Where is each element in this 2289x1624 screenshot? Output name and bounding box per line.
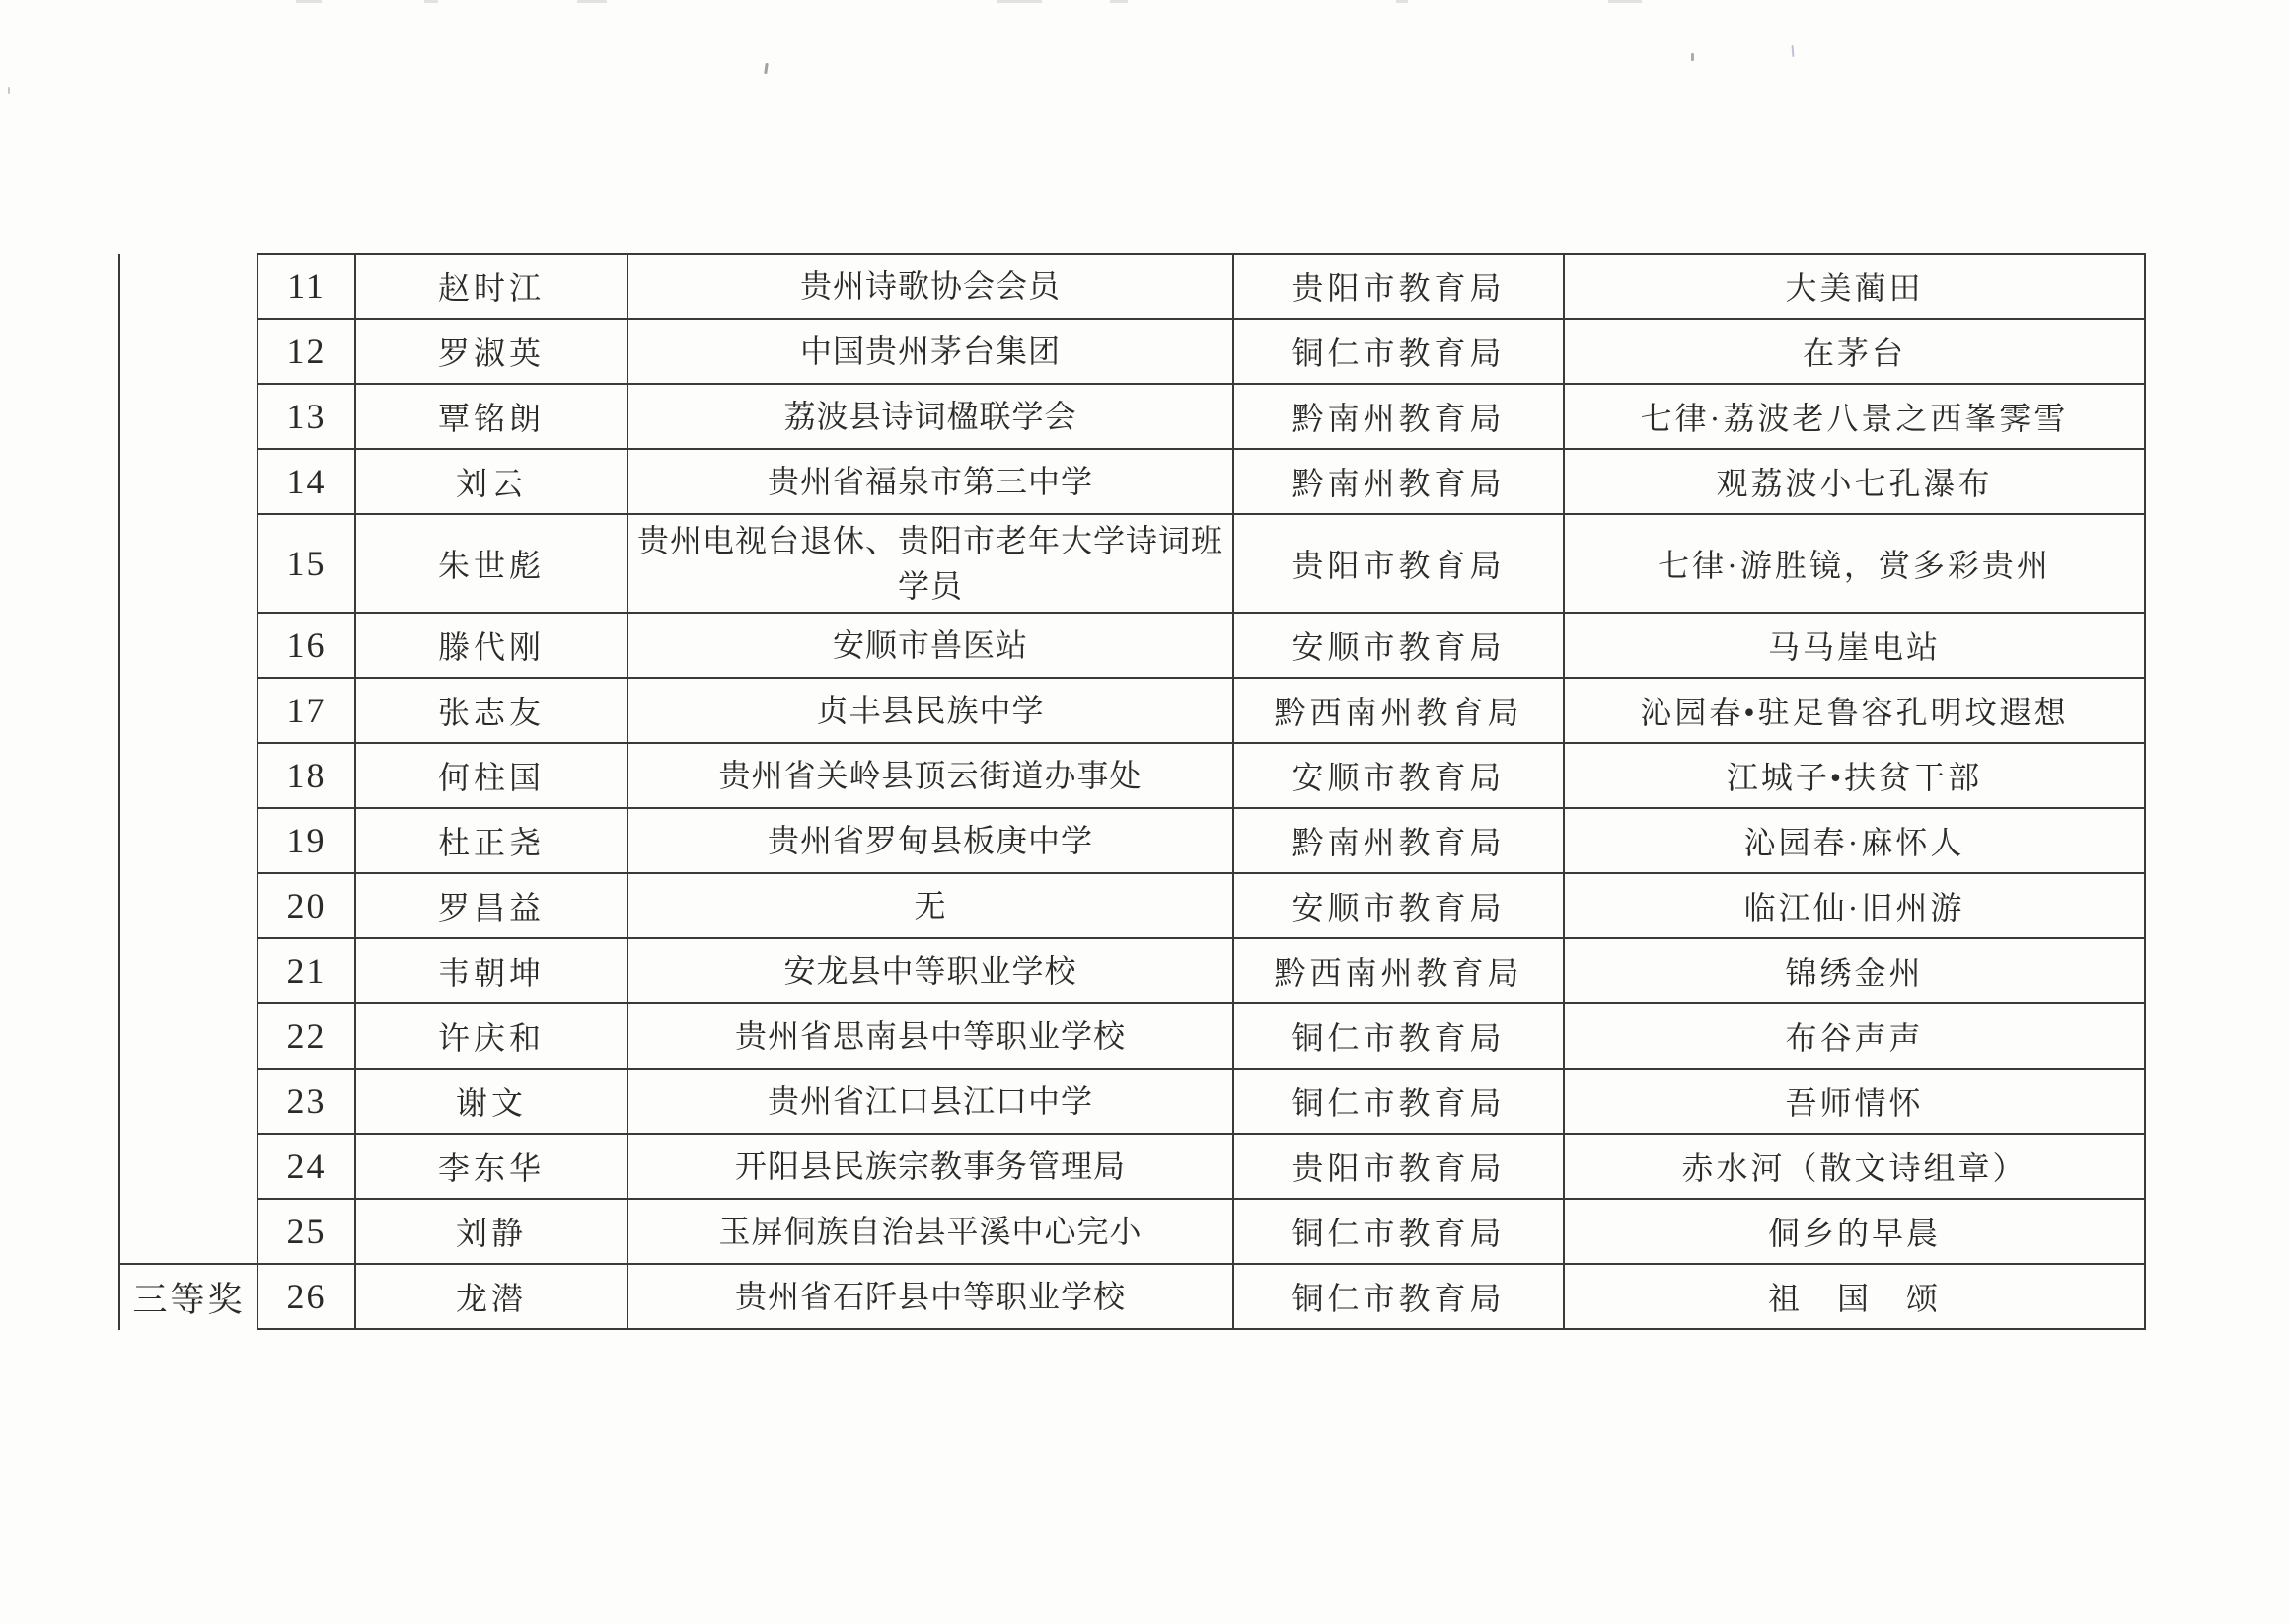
table-row: 14刘云贵州省福泉市第三中学黔南州教育局观荔波小七孔瀑布 bbox=[258, 449, 2145, 514]
award-cell-continued bbox=[120, 254, 258, 1265]
cell-name: 罗淑英 bbox=[355, 319, 628, 384]
cell-title: 大美蔺田 bbox=[1564, 254, 2145, 319]
cell-organization: 贞丰县民族中学 bbox=[628, 678, 1233, 743]
award-column: 三等奖 bbox=[118, 254, 258, 1330]
cell-name: 许庆和 bbox=[355, 1003, 628, 1069]
scan-artifact bbox=[1396, 0, 1408, 3]
cell-title: 七律·游胜镜，赏多彩贵州 bbox=[1564, 514, 2145, 613]
cell-name: 韦朝坤 bbox=[355, 938, 628, 1003]
scan-artifact bbox=[1608, 0, 1642, 3]
table-row: 25刘静玉屏侗族自治县平溪中心完小铜仁市教育局侗乡的早晨 bbox=[258, 1199, 2145, 1264]
cell-name: 刘云 bbox=[355, 449, 628, 514]
cell-organization: 贵州电视台退休、贵阳市老年大学诗词班学员 bbox=[628, 514, 1233, 613]
cell-title: 赤水河（散文诗组章） bbox=[1564, 1134, 2145, 1199]
cell-organization: 贵州省思南县中等职业学校 bbox=[628, 1003, 1233, 1069]
cell-name: 刘静 bbox=[355, 1199, 628, 1264]
table-row: 11赵时江贵州诗歌协会会员贵阳市教育局大美蔺田 bbox=[258, 254, 2145, 319]
cell-name: 覃铭朗 bbox=[355, 384, 628, 449]
cell-title: 侗乡的早晨 bbox=[1564, 1199, 2145, 1264]
cell-title: 临江仙·旧州游 bbox=[1564, 873, 2145, 938]
cell-name: 杜正尧 bbox=[355, 808, 628, 873]
cell-organization: 荔波县诗词楹联学会 bbox=[628, 384, 1233, 449]
cell-bureau: 黔西南州教育局 bbox=[1233, 938, 1564, 1003]
table-row: 15朱世彪贵州电视台退休、贵阳市老年大学诗词班学员贵阳市教育局七律·游胜镜，赏多… bbox=[258, 514, 2145, 613]
scan-artifact bbox=[424, 0, 438, 3]
cell-no: 12 bbox=[258, 319, 355, 384]
cell-bureau: 铜仁市教育局 bbox=[1233, 1264, 1564, 1329]
cell-name: 罗昌益 bbox=[355, 873, 628, 938]
table-row: 20罗昌益无安顺市教育局临江仙·旧州游 bbox=[258, 873, 2145, 938]
cell-bureau: 铜仁市教育局 bbox=[1233, 319, 1564, 384]
cell-title: 布谷声声 bbox=[1564, 1003, 2145, 1069]
scan-artifact bbox=[577, 0, 607, 3]
table-row: 22许庆和贵州省思南县中等职业学校铜仁市教育局布谷声声 bbox=[258, 1003, 2145, 1069]
cell-organization: 安顺市兽医站 bbox=[628, 613, 1233, 678]
cell-no: 17 bbox=[258, 678, 355, 743]
cell-title: 马马崖电站 bbox=[1564, 613, 2145, 678]
cell-name: 谢文 bbox=[355, 1069, 628, 1134]
cell-no: 18 bbox=[258, 743, 355, 808]
cell-title: 吾师情怀 bbox=[1564, 1069, 2145, 1134]
cell-bureau: 贵阳市教育局 bbox=[1233, 514, 1564, 613]
cell-bureau: 黔西南州教育局 bbox=[1233, 678, 1564, 743]
cell-title: 江城子•扶贫干部 bbox=[1564, 743, 2145, 808]
cell-bureau: 黔南州教育局 bbox=[1233, 808, 1564, 873]
cell-name: 赵时江 bbox=[355, 254, 628, 319]
cell-bureau: 铜仁市教育局 bbox=[1233, 1069, 1564, 1134]
scan-artifact bbox=[1691, 53, 1694, 61]
cell-no: 26 bbox=[258, 1264, 355, 1329]
cell-no: 13 bbox=[258, 384, 355, 449]
cell-organization: 贵州省福泉市第三中学 bbox=[628, 449, 1233, 514]
cell-name: 朱世彪 bbox=[355, 514, 628, 613]
cell-no: 23 bbox=[258, 1069, 355, 1134]
cell-title: 七律·荔波老八景之西峯霁雪 bbox=[1564, 384, 2145, 449]
cell-no: 24 bbox=[258, 1134, 355, 1199]
scan-artifact bbox=[764, 63, 769, 74]
table-row: 24李东华开阳县民族宗教事务管理局贵阳市教育局赤水河（散文诗组章） bbox=[258, 1134, 2145, 1199]
cell-title: 祖 国 颂 bbox=[1564, 1264, 2145, 1329]
cell-organization: 安龙县中等职业学校 bbox=[628, 938, 1233, 1003]
scan-artifact bbox=[1110, 0, 1128, 3]
cell-bureau: 黔南州教育局 bbox=[1233, 449, 1564, 514]
cell-title: 观荔波小七孔瀑布 bbox=[1564, 449, 2145, 514]
table-row: 13覃铭朗荔波县诗词楹联学会黔南州教育局七律·荔波老八景之西峯霁雪 bbox=[258, 384, 2145, 449]
winners-table-body: 11赵时江贵州诗歌协会会员贵阳市教育局大美蔺田12罗淑英中国贵州茅台集团铜仁市教… bbox=[258, 254, 2145, 1329]
cell-no: 16 bbox=[258, 613, 355, 678]
cell-no: 14 bbox=[258, 449, 355, 514]
table-row: 17张志友贞丰县民族中学黔西南州教育局沁园春•驻足鲁容孔明坟遐想 bbox=[258, 678, 2145, 743]
cell-name: 滕代刚 bbox=[355, 613, 628, 678]
cell-bureau: 贵阳市教育局 bbox=[1233, 254, 1564, 319]
cell-no: 20 bbox=[258, 873, 355, 938]
cell-bureau: 铜仁市教育局 bbox=[1233, 1003, 1564, 1069]
cell-organization: 开阳县民族宗教事务管理局 bbox=[628, 1134, 1233, 1199]
cell-no: 11 bbox=[258, 254, 355, 319]
cell-no: 15 bbox=[258, 514, 355, 613]
cell-organization: 玉屏侗族自治县平溪中心完小 bbox=[628, 1199, 1233, 1264]
cell-organization: 贵州省江口县江口中学 bbox=[628, 1069, 1233, 1134]
cell-name: 何柱国 bbox=[355, 743, 628, 808]
cell-organization: 贵州省关岭县顶云街道办事处 bbox=[628, 743, 1233, 808]
award-cell-third-prize: 三等奖 bbox=[120, 1265, 258, 1330]
table-row: 21韦朝坤安龙县中等职业学校黔西南州教育局锦绣金州 bbox=[258, 938, 2145, 1003]
scan-artifact bbox=[997, 0, 1042, 3]
cell-organization: 贵州省罗甸县板庚中学 bbox=[628, 808, 1233, 873]
table-row: 16滕代刚安顺市兽医站安顺市教育局马马崖电站 bbox=[258, 613, 2145, 678]
cell-name: 龙潜 bbox=[355, 1264, 628, 1329]
cell-bureau: 安顺市教育局 bbox=[1233, 873, 1564, 938]
cell-name: 李东华 bbox=[355, 1134, 628, 1199]
cell-no: 22 bbox=[258, 1003, 355, 1069]
award-label: 三等奖 bbox=[132, 1273, 245, 1322]
winners-table: 11赵时江贵州诗歌协会会员贵阳市教育局大美蔺田12罗淑英中国贵州茅台集团铜仁市教… bbox=[257, 253, 2146, 1330]
table-row: 26龙潜贵州省石阡县中等职业学校铜仁市教育局祖 国 颂 bbox=[258, 1264, 2145, 1329]
cell-organization: 贵州省石阡县中等职业学校 bbox=[628, 1264, 1233, 1329]
cell-bureau: 黔南州教育局 bbox=[1233, 384, 1564, 449]
cell-no: 25 bbox=[258, 1199, 355, 1264]
scanned-document-page: 三等奖 11赵时江贵州诗歌协会会员贵阳市教育局大美蔺田12罗淑英中国贵州茅台集团… bbox=[0, 0, 2289, 1624]
table-row: 12罗淑英中国贵州茅台集团铜仁市教育局在茅台 bbox=[258, 319, 2145, 384]
cell-organization: 贵州诗歌协会会员 bbox=[628, 254, 1233, 319]
cell-title: 锦绣金州 bbox=[1564, 938, 2145, 1003]
scan-artifact bbox=[8, 87, 10, 94]
table-row: 23谢文贵州省江口县江口中学铜仁市教育局吾师情怀 bbox=[258, 1069, 2145, 1134]
cell-title: 沁园春·麻怀人 bbox=[1564, 808, 2145, 873]
cell-bureau: 安顺市教育局 bbox=[1233, 613, 1564, 678]
cell-no: 21 bbox=[258, 938, 355, 1003]
table-row: 19杜正尧贵州省罗甸县板庚中学黔南州教育局沁园春·麻怀人 bbox=[258, 808, 2145, 873]
cell-bureau: 铜仁市教育局 bbox=[1233, 1199, 1564, 1264]
cell-title: 沁园春•驻足鲁容孔明坟遐想 bbox=[1564, 678, 2145, 743]
cell-name: 张志友 bbox=[355, 678, 628, 743]
cell-title: 在茅台 bbox=[1564, 319, 2145, 384]
cell-bureau: 贵阳市教育局 bbox=[1233, 1134, 1564, 1199]
cell-no: 19 bbox=[258, 808, 355, 873]
cell-bureau: 安顺市教育局 bbox=[1233, 743, 1564, 808]
scan-artifact bbox=[296, 0, 322, 3]
cell-organization: 无 bbox=[628, 873, 1233, 938]
table-row: 18何柱国贵州省关岭县顶云街道办事处安顺市教育局江城子•扶贫干部 bbox=[258, 743, 2145, 808]
cell-organization: 中国贵州茅台集团 bbox=[628, 319, 1233, 384]
scan-artifact bbox=[1792, 45, 1795, 57]
